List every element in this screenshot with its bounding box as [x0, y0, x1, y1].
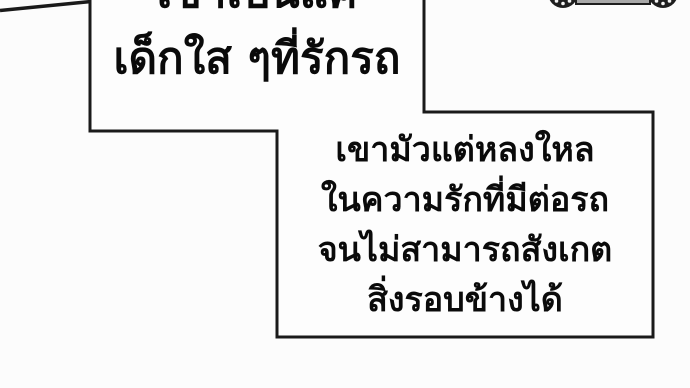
caption-box-top: เขาเป็นแค่ เด็กใส ๆที่รักรถ: [90, 0, 424, 92]
car-chassis-bar: [576, 0, 650, 4]
caption-line: เขามัวแต่หลงใหล: [277, 125, 653, 175]
caption-line: จนไม่สามารถสังเกต: [277, 225, 653, 275]
panel-edge-line: [0, 2, 91, 11]
caption-line: ในความรักที่มีต่อรถ: [277, 175, 653, 225]
left-wheel-lug-dot: [561, 2, 565, 6]
caption-box-main: เขามัวแต่หลงใหล ในความรักที่มีต่อรถ จนไม…: [277, 112, 653, 337]
comic-panel: เขาเป็นแค่ เด็กใส ๆที่รักรถ เขามัวแต่หลง…: [0, 0, 690, 388]
caption-line: สิ่งรอบข้างได้: [277, 275, 653, 325]
caption-line: เด็กใส ๆที่รักรถ: [90, 26, 424, 92]
car-underside-icon: [548, 0, 678, 8]
right-wheel-lug-dot: [661, 2, 665, 6]
caption-line: เขาเป็นแค่: [90, 0, 424, 26]
